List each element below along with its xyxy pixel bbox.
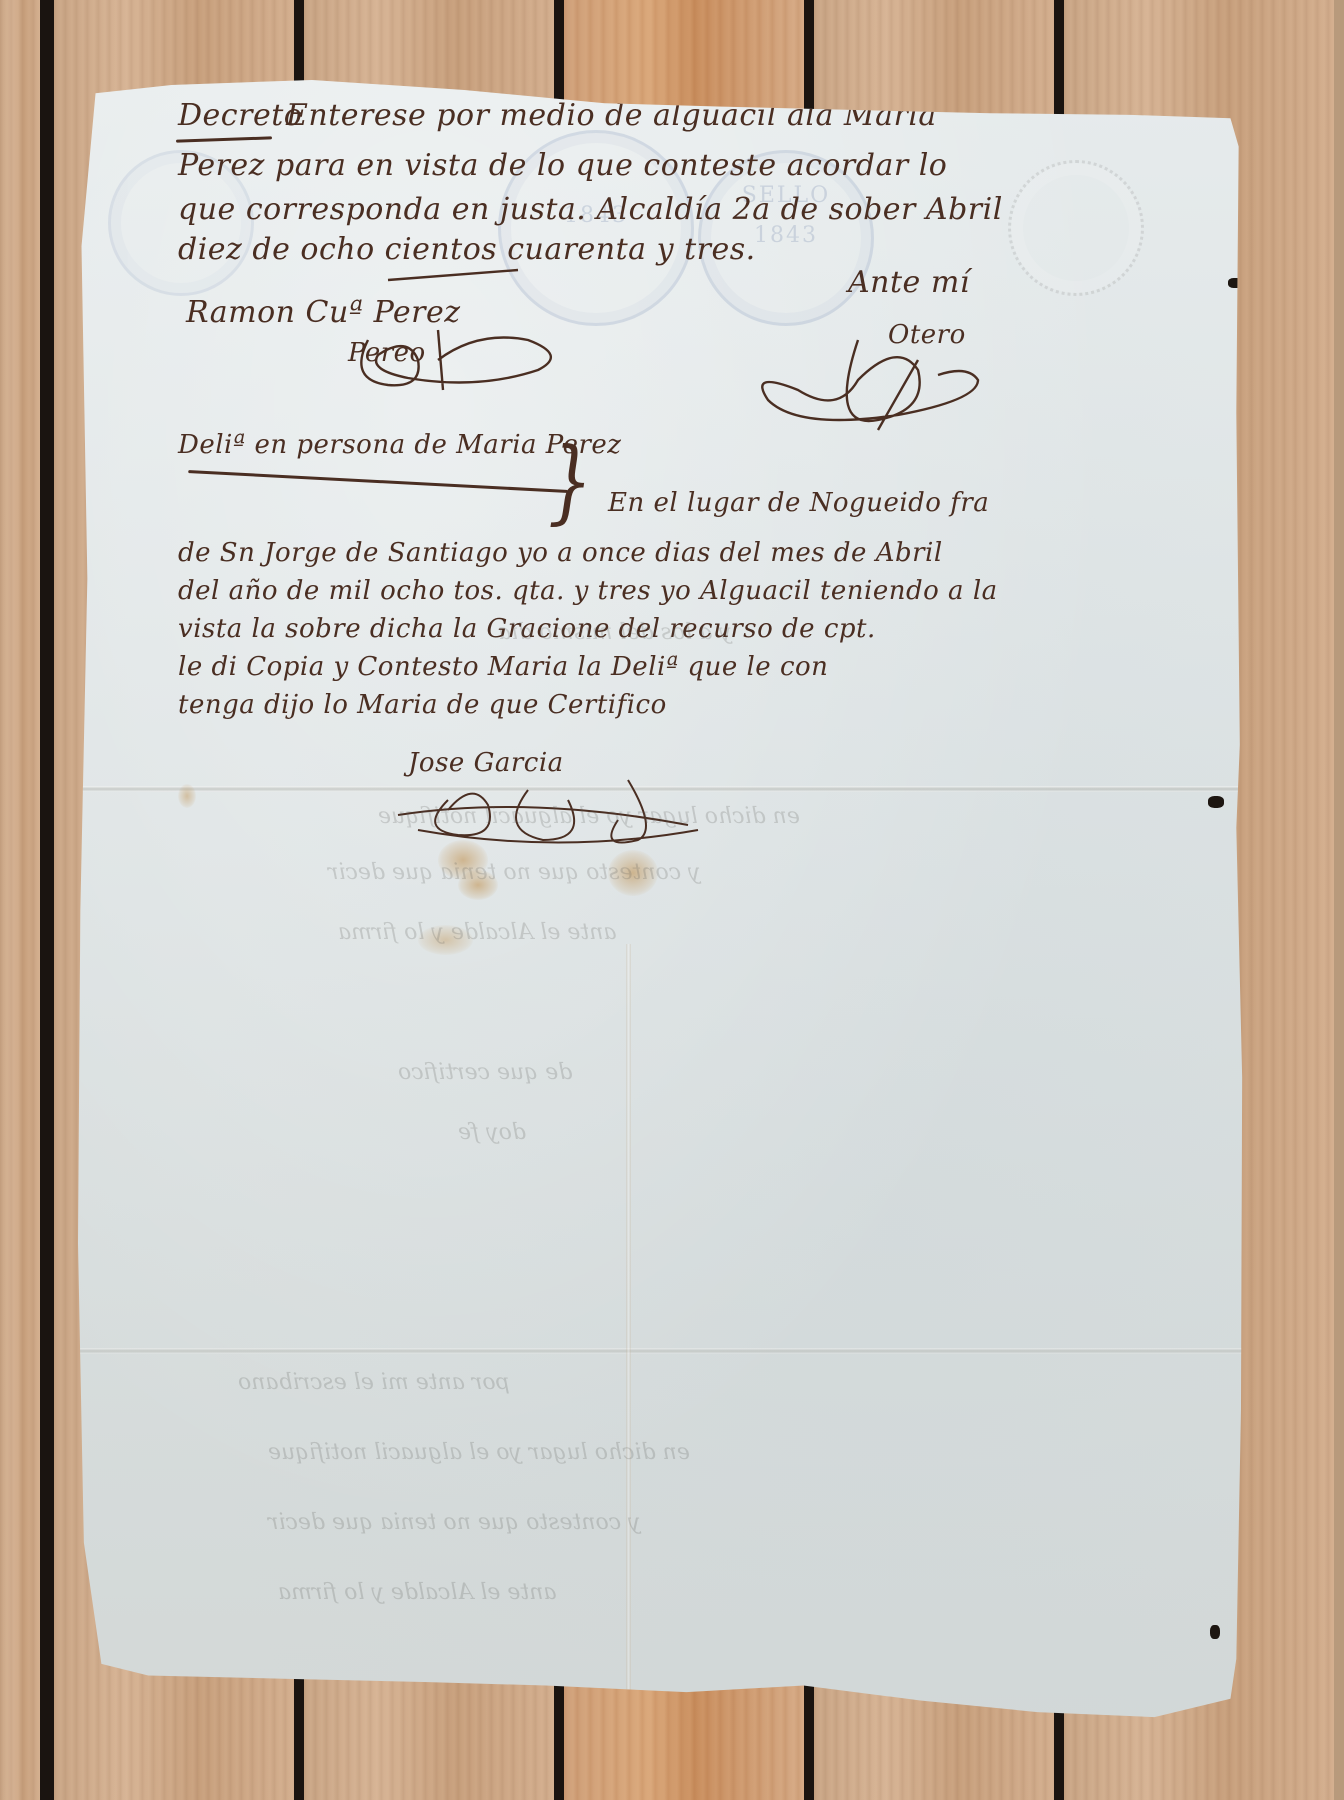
paper-sheet: 1843 SELLO 1843 Decreto Enterese por med… [78,80,1248,1742]
bleed-through-text: ante el Alcalde y lo firma [278,1580,557,1605]
bleed-through-text: en dicho lugar yo el alguacil notifique [268,1440,690,1465]
decree-line: Perez para en vista de lo que conteste a… [178,148,947,183]
signature-flourish [738,320,998,440]
binding-hole [1210,1625,1220,1639]
signature-flourish [328,260,568,400]
binding-hole [1208,796,1224,808]
horizontal-fold [78,1348,1248,1354]
heading-underline [188,470,568,493]
decree-heading: Decreto [178,98,302,133]
bleed-through-text: de que certifico [398,1060,572,1085]
bracket-text: En el lugar de Nogueido fra [608,488,989,518]
notification-line: tenga dijo lo Maria de que Certifico [178,690,667,720]
notification-line: del año de mil ocho tos. qta. y tres yo … [178,576,998,606]
decree-line: que corresponda en justa. Alcaldía 2a de… [178,192,1003,227]
signature-name: Ante mí [848,265,970,300]
vertical-fold [626,944,631,1692]
water-stain [178,784,196,808]
notification-line: de Sn Jorge de Santiago yo a once dias d… [178,538,943,568]
bleed-through-text: y contesto que no tenia que decir [268,1510,640,1535]
bleed-through-text: doy fe [458,1120,526,1145]
heading-underline [176,136,272,142]
document-photo: 1843 SELLO 1843 Decreto Enterese por med… [0,0,1344,1800]
notification-line: le di Copia y Contesto Maria la Deliª qu… [178,652,828,682]
bleed-through-text: por ante mi el escribano [238,1370,510,1395]
bleed-through-text: y contesto que no tenia que decir [328,860,700,885]
embossed-seal [1008,160,1144,296]
bleed-through-text: ante el Alcalde y lo firma [338,920,617,945]
bleed-through-text: en dicho lugar yo el alguacil notifique [378,804,800,829]
brace: } [548,428,593,535]
bleed-through-text: y a los del mismo dia [498,620,732,645]
